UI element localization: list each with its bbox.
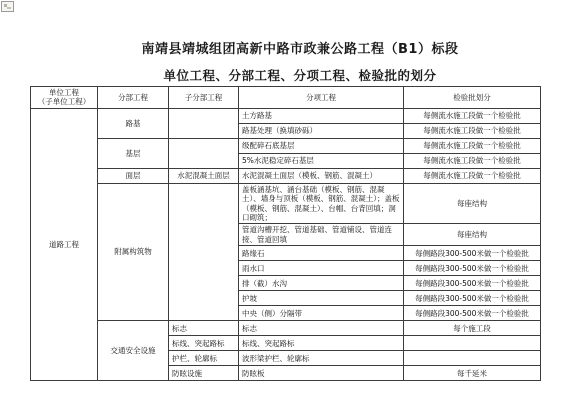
document-titles: 南靖县靖城组团高新中路市政兼公路工程（B1）标段 单位工程、分部工程、分项工程、… <box>35 0 565 84</box>
document-title: 南靖县靖城组团高新中路市政兼公路工程（B1）标段 <box>35 38 565 57</box>
table-row: 基层 级配碎石底基层 每侧流水施工段做一个检验批 <box>31 138 541 153</box>
subdivision-cell <box>169 138 239 168</box>
lot-cell <box>404 351 541 366</box>
item-cell: 路基处理（换填砂砾） <box>239 123 404 138</box>
item-cell: 护坡 <box>239 291 404 306</box>
item-cell: 防眩板 <box>239 366 404 381</box>
document-subtitle: 单位工程、分部工程、分项工程、检验批的划分 <box>35 66 565 84</box>
subdivision-cell <box>169 108 239 138</box>
subdivision-cell: 水泥混凝土面层 <box>169 168 239 183</box>
lot-cell: 每侧路段300-500米做一个检验批 <box>404 261 541 276</box>
group-cell-roadbed: 路基 <box>98 108 169 138</box>
header-division: 分部工程 <box>98 87 169 109</box>
item-cell: 5%水泥稳定碎石基层 <box>239 153 404 168</box>
item-cell: 土方路基 <box>239 108 404 123</box>
header-item: 分项工程 <box>239 87 404 109</box>
image-placeholder-icon <box>1 1 14 12</box>
header-subdivision: 子分部工程 <box>169 87 239 109</box>
group-cell-surface: 面层 <box>98 168 169 183</box>
lot-cell: 每座结构 <box>404 183 541 224</box>
item-cell: 级配碎石底基层 <box>239 138 404 153</box>
subdivision-cell <box>169 183 239 321</box>
table-row: 面层 水泥混凝土面层 水泥混凝土面层（模板、钢筋、混凝土） 每侧流水施工段做一个… <box>31 168 541 183</box>
item-cell: 管道沟槽开挖、管道基础、管道铺设、管道连接、管道回填 <box>239 224 404 246</box>
item-cell: 雨水口 <box>239 261 404 276</box>
lot-cell: 每侧路段300-500米做一个检验批 <box>404 291 541 306</box>
group-cell-baselayer: 基层 <box>98 138 169 168</box>
subdivision-cell: 防眩设施 <box>169 366 239 381</box>
lot-cell: 每座结构 <box>404 224 541 246</box>
header-unit-project: 单位工程 （子单位工程） <box>31 87 98 109</box>
item-cell: 排（截）水沟 <box>239 276 404 291</box>
header-unit-line1: 单位工程 <box>34 88 94 97</box>
item-cell: 波形梁护栏、轮廓标 <box>239 351 404 366</box>
subdivision-cell: 护栏、轮廓标 <box>169 351 239 366</box>
subdivision-cell: 标线、突起路标 <box>169 336 239 351</box>
table-row: 道路工程 路基 土方路基 每侧流水施工段做一个检验批 <box>31 108 541 123</box>
item-cell: 水泥混凝土面层（模板、钢筋、混凝土） <box>239 168 404 183</box>
lot-cell <box>404 336 541 351</box>
item-cell: 标线、突起路标 <box>239 336 404 351</box>
group-cell-ancillary: 附属构筑物 <box>98 183 169 321</box>
lot-cell: 每侧流水施工段做一个检验批 <box>404 123 541 138</box>
lot-cell: 每侧流水施工段做一个检验批 <box>404 168 541 183</box>
lot-cell: 每侧流水施工段做一个检验批 <box>404 108 541 123</box>
item-cell: 盖板涵基坑、涵台基础（模板、钢筋、混凝土）、墙身与顶板（模板、钢筋、混凝土）；盖… <box>239 183 404 224</box>
lot-cell: 每侧路段300-500米做一个检验批 <box>404 276 541 291</box>
item-cell: 路缘石 <box>239 246 404 261</box>
lot-cell: 每千延米 <box>404 366 541 381</box>
division-table: 单位工程 （子单位工程） 分部工程 子分部工程 分项工程 检验批划分 道路工程 … <box>30 86 541 381</box>
item-cell: 标志 <box>239 321 404 336</box>
item-cell: 中央（侧）分隔带 <box>239 306 404 321</box>
header-lot: 检验批划分 <box>404 87 541 109</box>
header-unit-line2: （子单位工程） <box>34 97 94 106</box>
table-row: 附属构筑物 盖板涵基坑、涵台基础（模板、钢筋、混凝土）、墙身与顶板（模板、钢筋、… <box>31 183 541 224</box>
lot-cell: 每侧路段300-500米做一个检验批 <box>404 306 541 321</box>
header-row: 单位工程 （子单位工程） 分部工程 子分部工程 分项工程 检验批划分 <box>31 87 541 109</box>
lot-cell: 每个施工段 <box>404 321 541 336</box>
table-row: 交通安全设施 标志 标志 每个施工段 <box>31 321 541 336</box>
subdivision-cell: 标志 <box>169 321 239 336</box>
lot-cell: 每侧流水施工段做一个检验批 <box>404 138 541 153</box>
unit-project-cell: 道路工程 <box>31 108 98 381</box>
lot-cell: 每侧流水施工段做一个检验批 <box>404 153 541 168</box>
lot-cell: 每侧路段300-500米做一个检验批 <box>404 246 541 261</box>
group-cell-traffic-safety: 交通安全设施 <box>98 321 169 381</box>
